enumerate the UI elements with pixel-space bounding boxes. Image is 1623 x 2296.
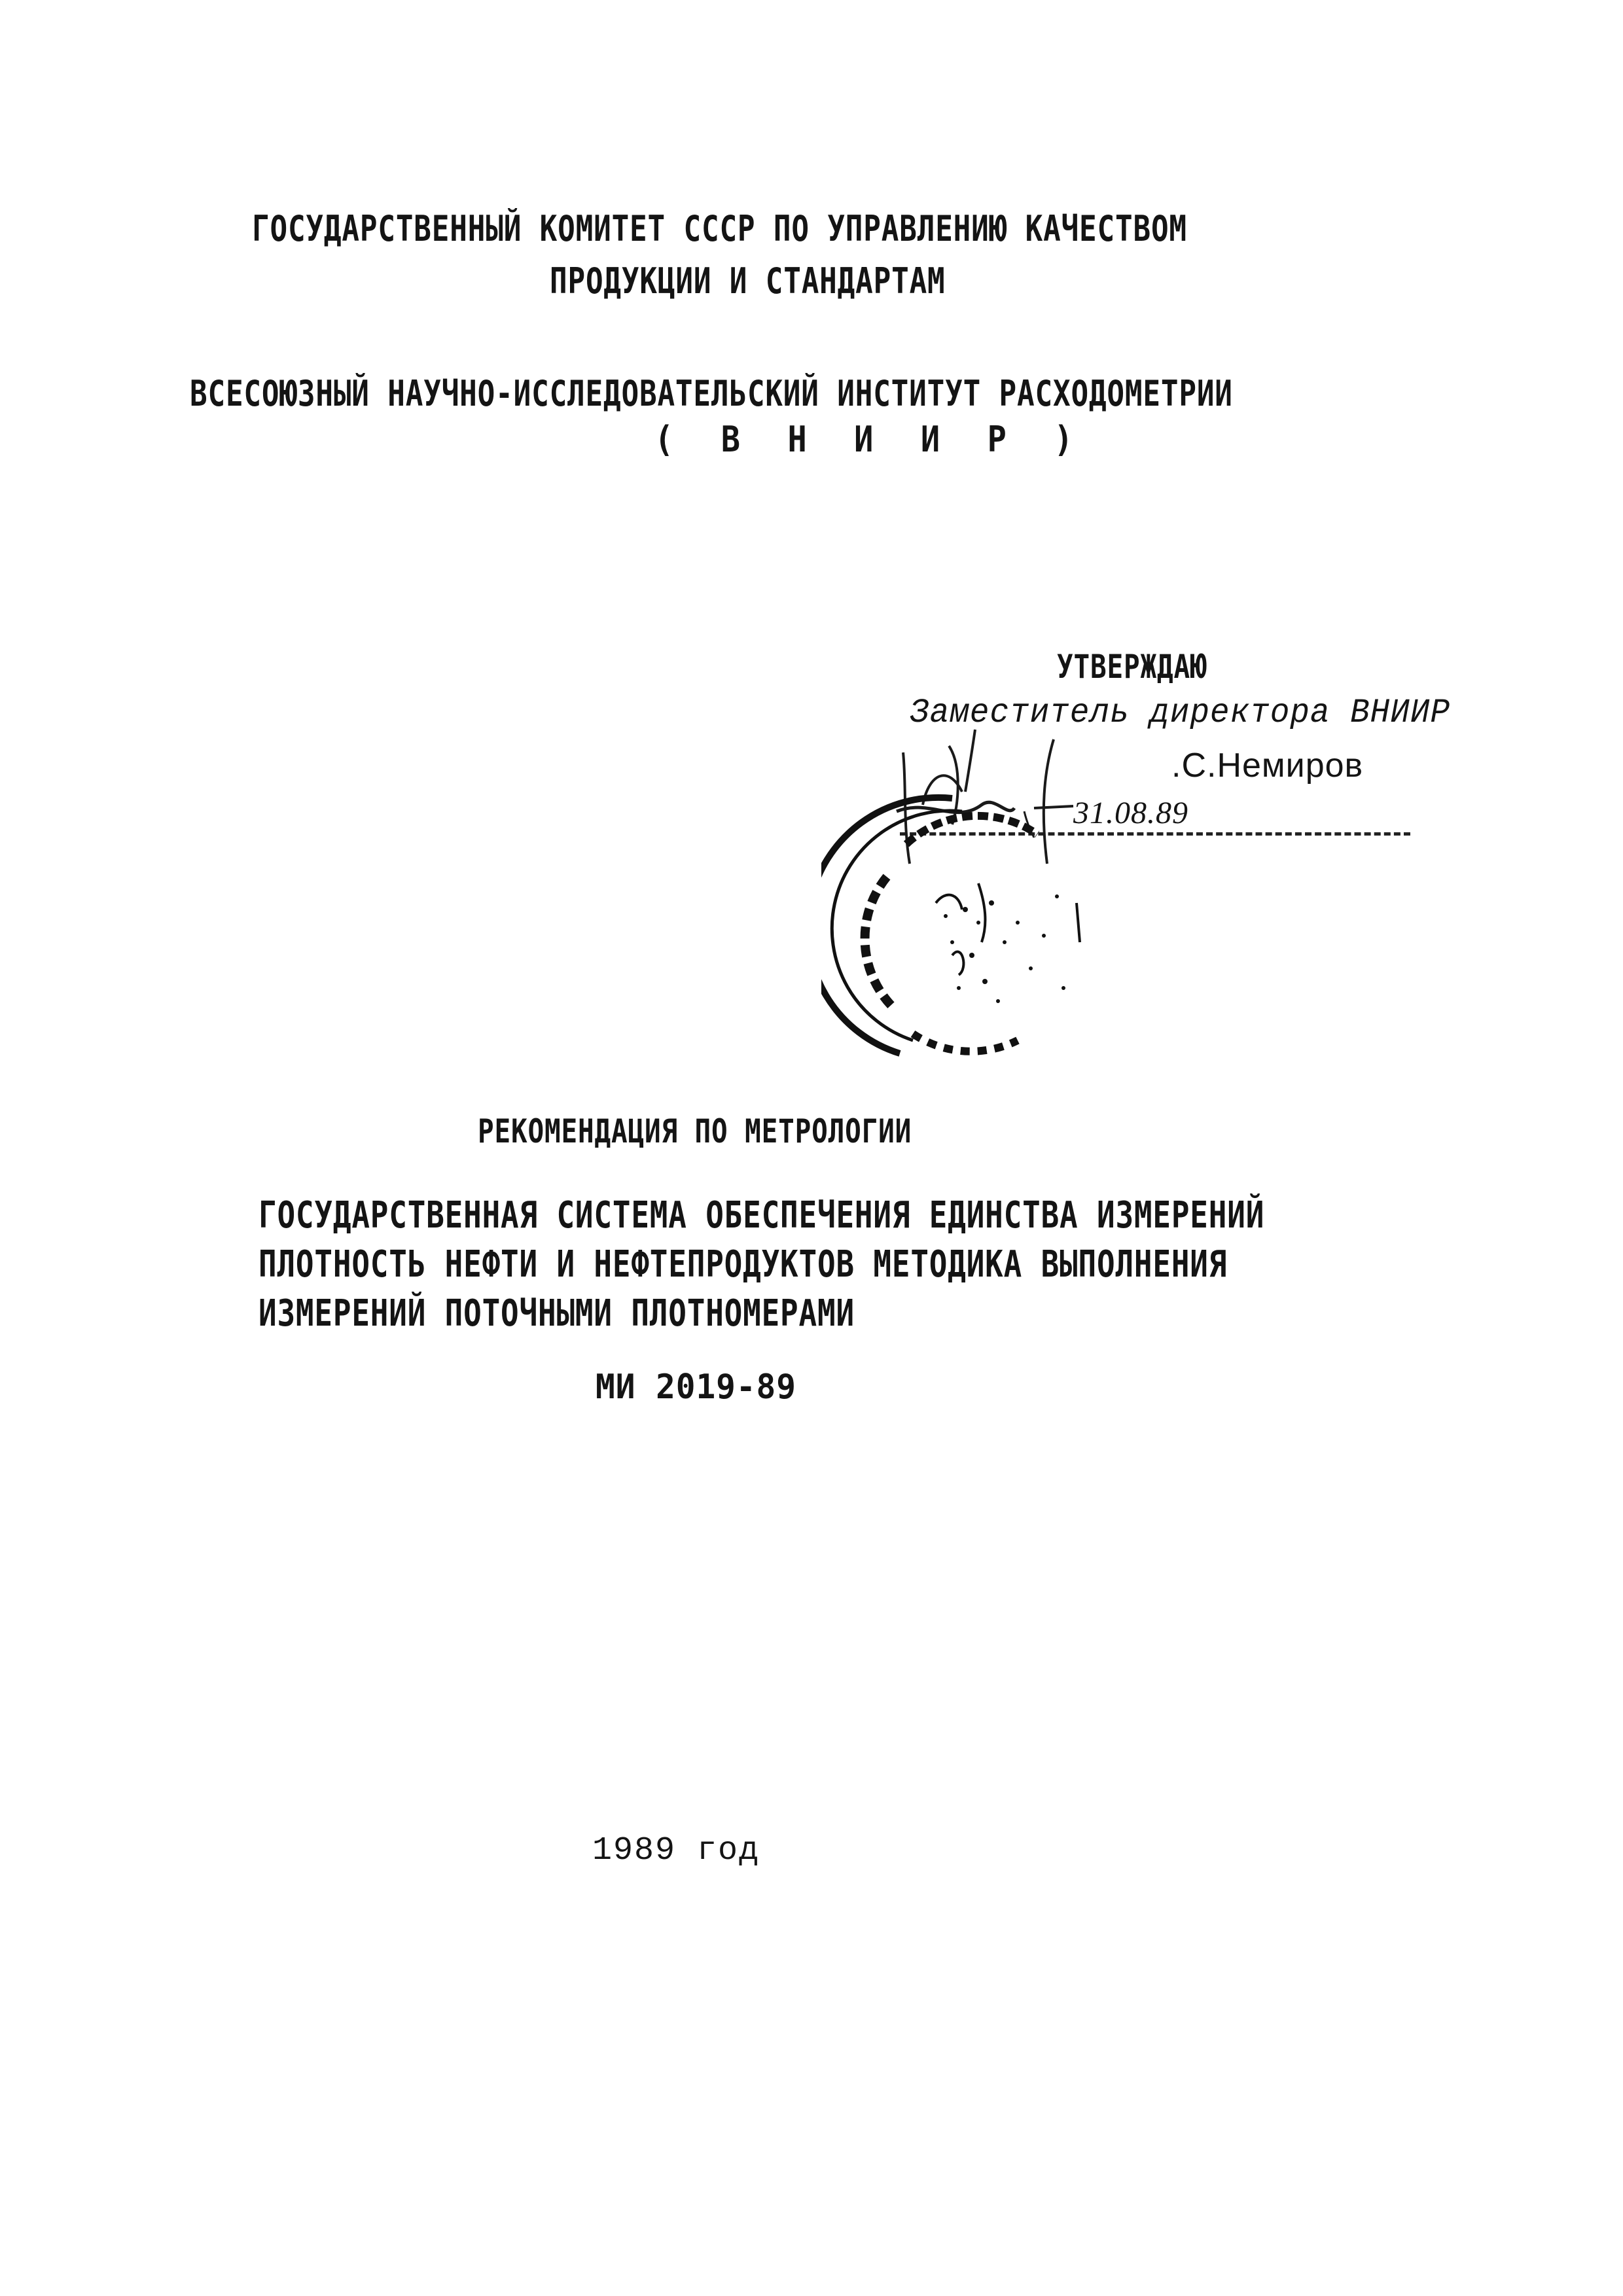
institute-abbreviation: ( В Н И И Р ) (654, 419, 1087, 460)
document-year: 1989 год (592, 1832, 760, 1869)
committee-heading-line-2: ПРОДУКЦИИ И СТАНДАРТАМ (550, 260, 946, 302)
official-seal-stamp-icon (821, 772, 1129, 1080)
document-title-line-3: ИЗМЕРЕНИЙ ПОТОЧНЫМИ ПЛОТНОМЕРАМИ (259, 1292, 855, 1335)
approval-title: УТВЕРЖДАЮ (1057, 648, 1207, 686)
committee-heading-line-1: ГОСУДАРСТВЕННЫЙ КОМИТЕТ СССР ПО УПРАВЛЕН… (252, 208, 1187, 249)
document-title-line-1: ГОСУДАРСТВЕННАЯ СИСТЕМА ОБЕСПЕЧЕНИЯ ЕДИН… (259, 1194, 1264, 1237)
document-title-line-2: ПЛОТНОСТЬ НЕФТИ И НЕФТЕПРОДУКТОВ МЕТОДИК… (259, 1243, 1227, 1286)
document-code: МИ 2019-89 (596, 1368, 796, 1407)
approver-name: .С.Немиров (1171, 746, 1363, 785)
institute-heading: ВСЕСОЮЗНЫЙ НАУЧНО-ИССЛЕДОВАТЕЛЬСКИЙ ИНСТ… (190, 373, 1233, 414)
document-type-label: РЕКОМЕНДАЦИЯ ПО МЕТРОЛОГИИ (478, 1112, 912, 1150)
